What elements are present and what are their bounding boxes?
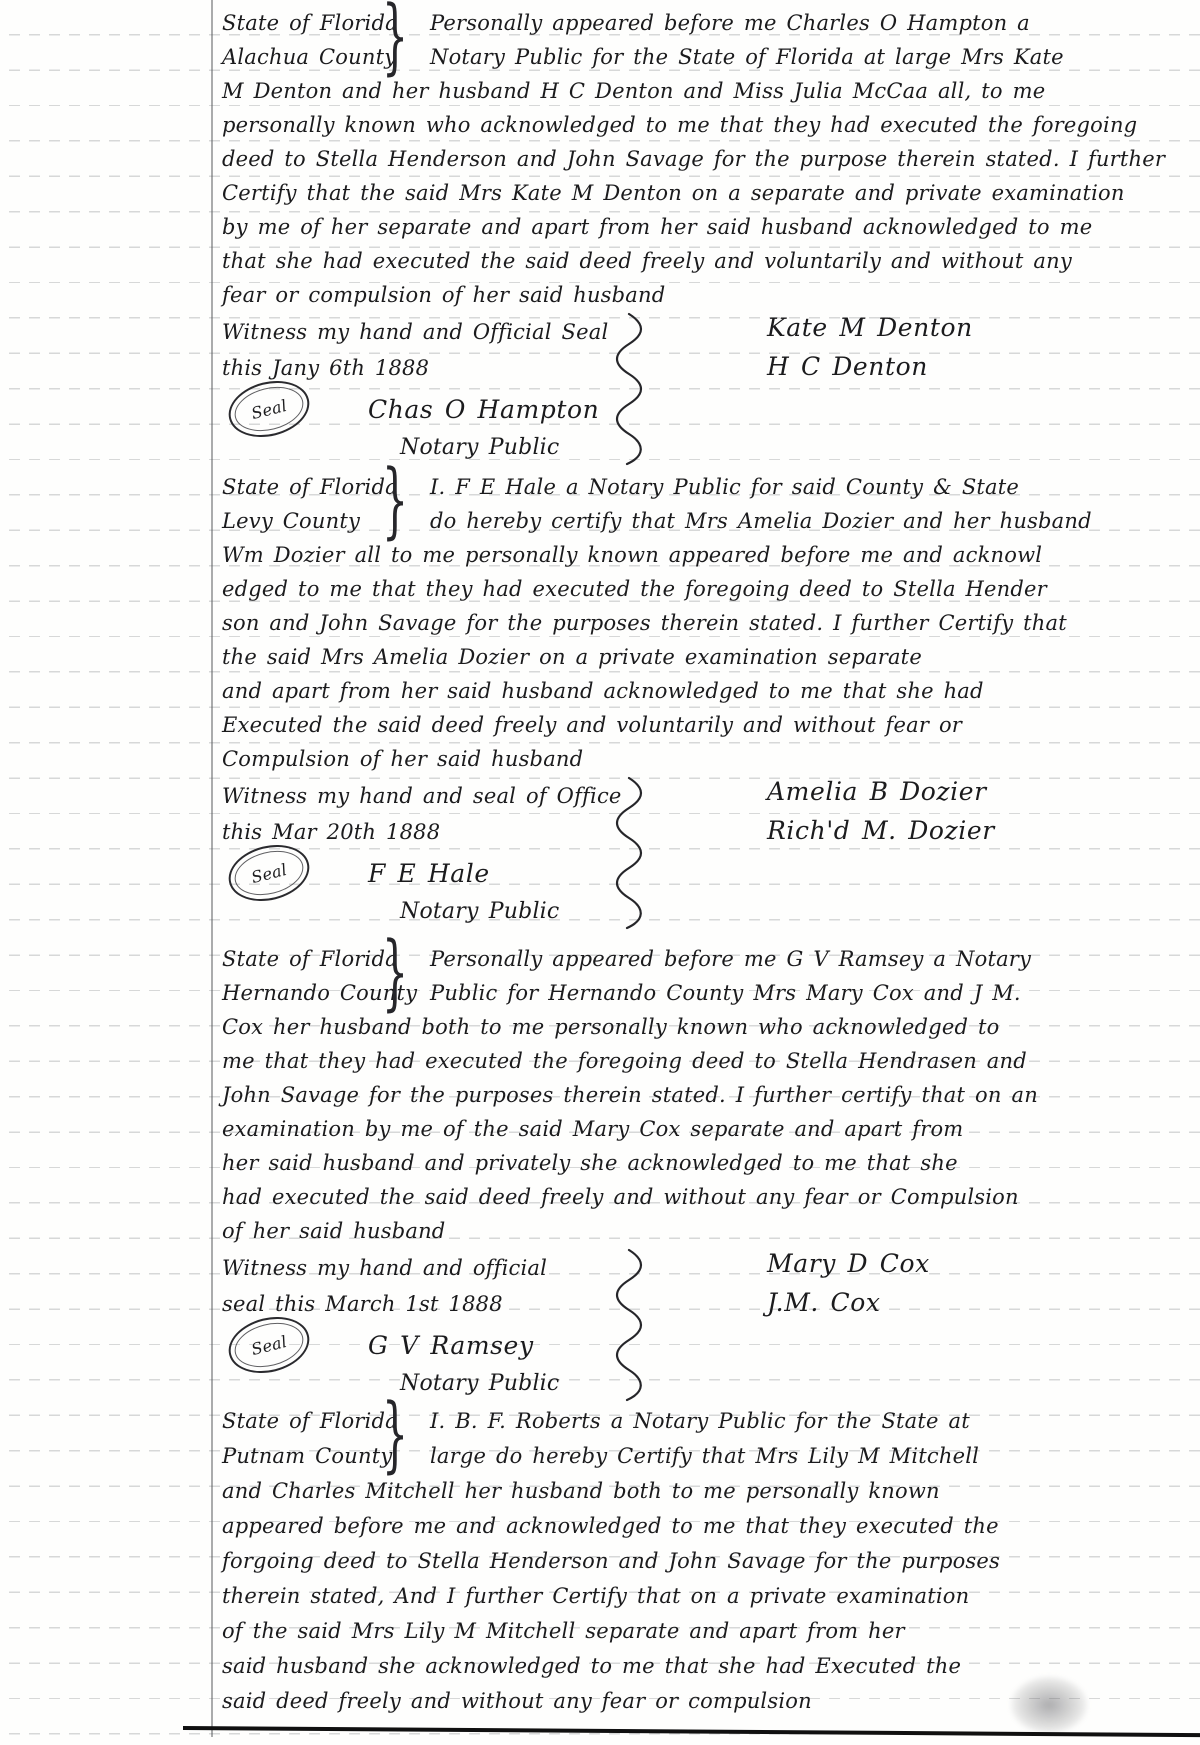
body-line: deed to Stella Henderson and John Savage… [222, 142, 1102, 176]
notary-title-row: Notary Public [222, 1368, 1102, 1402]
body-line: of the said Mrs Lily M Mitchell separate… [222, 1614, 1102, 1649]
bracket-squiggle-icon [612, 774, 646, 932]
body-line: her said husband and privately she ackno… [222, 1146, 1102, 1180]
body-line: said deed freely and without any fear or… [222, 1684, 1102, 1719]
county-label: Putnam County [222, 1439, 394, 1474]
jurisdiction-line: Hernando County Public for Hernando Coun… [222, 976, 1102, 1010]
date-line: seal this March 1st 1888 [222, 1286, 1102, 1322]
body-line: personally known who acknowledged to me … [222, 108, 1102, 142]
body-line: fear or compulsion of her said husband [222, 278, 1102, 312]
body-line: appeared before me and acknowledged to m… [222, 1509, 1102, 1544]
acknowledgment-section-putnam: } State of Florida I. B. F. Roberts a No… [222, 1404, 1102, 1719]
body-line: had executed the said deed freely and wi… [222, 1180, 1102, 1214]
body-line: Public for Hernando County Mrs Mary Cox … [394, 976, 1021, 1010]
jurisdiction-brace-icon: } [382, 1394, 402, 1476]
body-line: therein stated, And I further Certify th… [222, 1579, 1102, 1614]
signature: H C Denton [767, 347, 973, 386]
body-line: large do hereby Certify that Mrs Lily M … [394, 1439, 979, 1474]
acknowledgment-section-alachua: } State of Florida Personally appeared b… [222, 6, 1102, 466]
county-label: Levy County [222, 504, 394, 538]
body-line: do hereby certify that Mrs Amelia Dozier… [394, 504, 1092, 538]
seal-label: Seal [249, 859, 288, 886]
state-label: State of Florida [222, 6, 394, 40]
county-label: Alachua County [222, 40, 394, 74]
body-line: Personally appeared before me G V Ramsey… [394, 942, 1031, 976]
ink-smudge [1010, 1676, 1088, 1734]
jurisdiction-brace-icon: } [382, 932, 402, 1014]
grantor-signatures: Amelia B Dozier Rich'd M. Dozier [767, 772, 995, 850]
body-line: and Charles Mitchell her husband both to… [222, 1474, 1102, 1509]
body-line: John Savage for the purposes therein sta… [222, 1078, 1102, 1112]
body-line: I. B. F. Roberts a Notary Public for the… [394, 1404, 970, 1439]
body-line: me that they had executed the foregoing … [222, 1044, 1102, 1078]
body-line: Wm Dozier all to me personally known app… [222, 538, 1102, 572]
body-line: said husband she acknowledged to me that… [222, 1649, 1102, 1684]
state-label: State of Florida [222, 470, 394, 504]
body-line: Certify that the said Mrs Kate M Denton … [222, 176, 1102, 210]
signature: Amelia B Dozier [767, 772, 995, 811]
acknowledgment-section-levy: } State of Florida I. F E Hale a Notary … [222, 470, 1102, 930]
notary-signature-row: Seal Chas O Hampton [222, 386, 1102, 432]
seal-label: Seal [249, 1331, 288, 1358]
signature: Rich'd M. Dozier [767, 811, 995, 850]
signature: Mary D Cox [767, 1244, 930, 1283]
notary-title-row: Notary Public [222, 896, 1102, 930]
attestation-block: Witness my hand and seal of Office this … [222, 778, 1102, 850]
acknowledgment-section-hernando: } State of Florida Personally appeared b… [222, 942, 1102, 1402]
notary-title: Notary Public [400, 899, 559, 924]
signature: Kate M Denton [767, 308, 973, 347]
body-line: by me of her separate and apart from her… [222, 210, 1102, 244]
notary-signature: F E Hale [368, 859, 490, 888]
notary-signature: Chas O Hampton [368, 395, 599, 424]
body-line: Notary Public for the State of Florida a… [394, 40, 1064, 74]
jurisdiction-brace-icon: } [382, 0, 402, 78]
jurisdiction-line: Levy County do hereby certify that Mrs A… [222, 504, 1102, 538]
bracket-squiggle-icon [612, 310, 646, 468]
jurisdiction-line: Putnam County large do hereby Certify th… [222, 1439, 1102, 1474]
notary-title: Notary Public [400, 1371, 559, 1396]
grantor-signatures: Kate M Denton H C Denton [767, 308, 973, 386]
body-line: of her said husband [222, 1214, 1102, 1248]
witness-statement: Witness my hand and official [222, 1250, 1102, 1286]
notary-signature-row: Seal G V Ramsey [222, 1322, 1102, 1368]
body-line: the said Mrs Amelia Dozier on a private … [222, 640, 1102, 674]
body-line: Personally appeared before me Charles O … [394, 6, 1030, 40]
left-margin-rule [211, 0, 213, 1737]
jurisdiction-line: State of Florida Personally appeared bef… [222, 6, 1102, 40]
jurisdiction-line: State of Florida I. B. F. Roberts a Nota… [222, 1404, 1102, 1439]
seal-label: Seal [249, 395, 288, 422]
notary-title: Notary Public [400, 435, 559, 460]
notary-title-row: Notary Public [222, 432, 1102, 466]
notary-signature-row: Seal F E Hale [222, 850, 1102, 896]
signature: J.M. Cox [767, 1283, 930, 1322]
body-line: I. F E Hale a Notary Public for said Cou… [394, 470, 1019, 504]
body-line: Cox her husband both to me personally kn… [222, 1010, 1102, 1044]
scanned-document-page: { "document": { "kind": "handwritten dee… [0, 0, 1200, 1745]
body-line: that she had executed the said deed free… [222, 244, 1102, 278]
state-label: State of Florida [222, 942, 394, 976]
state-label: State of Florida [222, 1404, 394, 1439]
body-line: Executed the said deed freely and volunt… [222, 708, 1102, 742]
jurisdiction-line: Alachua County Notary Public for the Sta… [222, 40, 1102, 74]
grantor-signatures: Mary D Cox J.M. Cox [767, 1244, 930, 1322]
body-line: forgoing deed to Stella Henderson and Jo… [222, 1544, 1102, 1579]
body-line: examination by me of the said Mary Cox s… [222, 1112, 1102, 1146]
attestation-block: Witness my hand and official seal this M… [222, 1250, 1102, 1322]
jurisdiction-line: State of Florida I. F E Hale a Notary Pu… [222, 470, 1102, 504]
jurisdiction-line: State of Florida Personally appeared bef… [222, 942, 1102, 976]
body-line: M Denton and her husband H C Denton and … [222, 74, 1102, 108]
county-label: Hernando County [222, 976, 394, 1010]
notary-signature: G V Ramsey [368, 1331, 534, 1360]
body-line: Compulsion of her said husband [222, 742, 1102, 776]
bracket-squiggle-icon [612, 1246, 646, 1404]
body-line: edged to me that they had executed the f… [222, 572, 1102, 606]
attestation-block: Witness my hand and Official Seal this J… [222, 314, 1102, 386]
jurisdiction-brace-icon: } [382, 460, 402, 542]
body-line: son and John Savage for the purposes the… [222, 606, 1102, 640]
body-line: and apart from her said husband acknowle… [222, 674, 1102, 708]
